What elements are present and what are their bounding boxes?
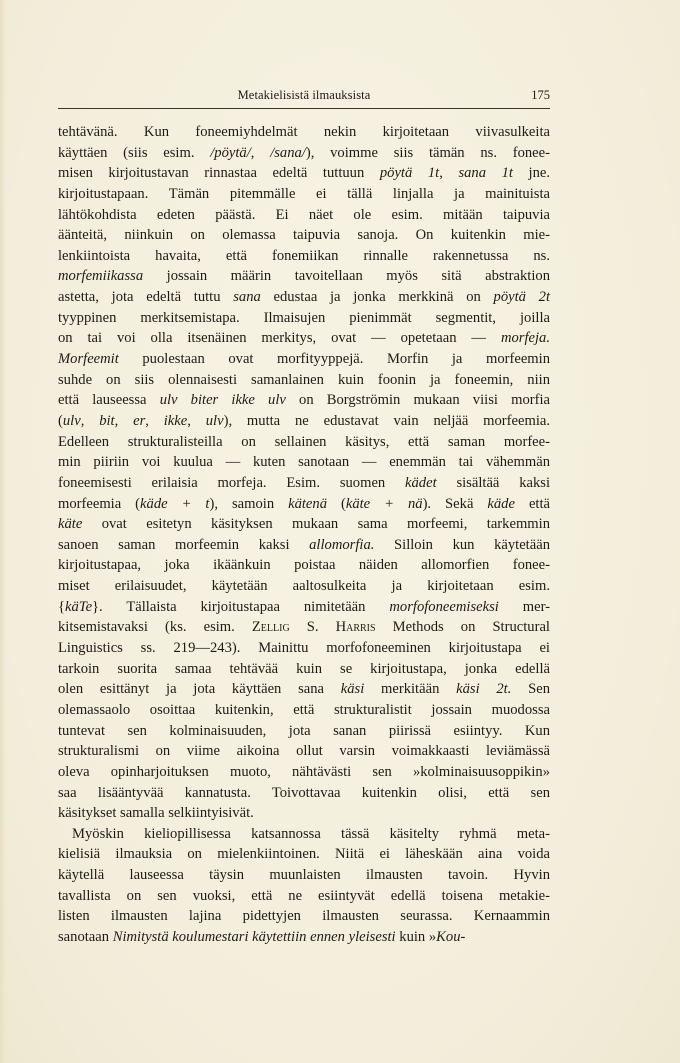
text-run: tuntevat sen kolminaisuuden, jota sanan … bbox=[58, 723, 550, 739]
text-run: jossain määrin tavoitellaan myös sitä ab… bbox=[143, 268, 550, 284]
text-run: on tai voi olla itsenäinen merkitys, ova… bbox=[58, 330, 501, 346]
text-run: että bbox=[515, 496, 550, 512]
text-line: on tai voi olla itsenäinen merkitys, ova… bbox=[58, 328, 550, 349]
text-run: morfeemia ( bbox=[58, 496, 140, 512]
text-run: jne. bbox=[513, 165, 550, 181]
text-run: ), voimme siis tämän ns. fonee- bbox=[306, 145, 550, 161]
text-run: Myöskin kieliopillisessa katsannossa täs… bbox=[72, 826, 550, 842]
italic-term: /sana/ bbox=[270, 145, 306, 161]
italic-term: ulv biter ikke ulv bbox=[160, 392, 286, 408]
text-run: puolestaan ovat morfityyppejä. Morfin ja… bbox=[119, 351, 550, 367]
text-line: Morfeemit puolestaan ovat morfityyppejä.… bbox=[58, 349, 550, 370]
italic-term: käde bbox=[487, 496, 515, 512]
text-line: tavallista on sen vuoksi, että ne esiint… bbox=[58, 886, 550, 907]
text-line: olemassaolo osoittaa kuitenkin, että str… bbox=[58, 700, 550, 721]
text-run: tarkoin suorita samaa tehtävää kuin se k… bbox=[58, 661, 550, 677]
text-run: tyyppinen merkitsemistapa. Ilmaisujen pi… bbox=[58, 310, 550, 326]
italic-term: ulv bbox=[206, 413, 224, 429]
text-run: S. bbox=[290, 619, 336, 635]
text-run: tavallista on sen vuoksi, että ne esiint… bbox=[58, 888, 550, 904]
italic-term: er bbox=[133, 413, 145, 429]
italic-term: sana 1t bbox=[458, 165, 513, 181]
text-line: miset erilaisuudet, käytetään aaltosulke… bbox=[58, 576, 550, 597]
text-run: lähtökohdista edeten päästä. Ei näet ole… bbox=[58, 207, 550, 223]
italic-term: allomorfia. bbox=[309, 537, 374, 553]
text-run: mer- bbox=[499, 599, 550, 615]
text-line: saa lisääntyvää kannatusta. Toivottavaa … bbox=[58, 783, 550, 804]
text-run: saa lisääntyvää kannatusta. Toivottavaa … bbox=[58, 785, 550, 801]
text-run: sisältää kaksi bbox=[437, 475, 550, 491]
text-line: äänteitä, niinkuin on olemassa taipuvia … bbox=[58, 225, 550, 246]
text-run: käyttäen (siis esim. bbox=[58, 145, 210, 161]
text-line: käyttäen (siis esim. /pöytä/, /sana/), v… bbox=[58, 143, 550, 164]
text-run: , bbox=[251, 145, 270, 161]
text-run: Sen bbox=[511, 681, 550, 697]
text-line: tehtävänä. Kun foneemiyhdelmät nekin kir… bbox=[58, 122, 550, 143]
text-run: edustaa ja jonka merkkinä on bbox=[261, 289, 494, 305]
text-run: sanoen saman morfeemin kaksi bbox=[58, 537, 309, 553]
text-run: olemassaolo osoittaa kuitenkin, että str… bbox=[58, 702, 550, 718]
italic-term: morfofoneemiseksi bbox=[389, 599, 498, 615]
text-run: ). Sekä bbox=[423, 496, 488, 512]
italic-term: Nimitystä koulumestari käytettiin ennen … bbox=[113, 929, 396, 945]
text-run: ), samoin bbox=[209, 496, 288, 512]
text-run: foneemisesti erilaisia morfeja. Esim. su… bbox=[58, 475, 405, 491]
text-run: sanotaan bbox=[58, 929, 113, 945]
text-run: kirjoitustapaa, joka ikäänkuin poistaa n… bbox=[58, 557, 550, 573]
text-run: että lauseessa bbox=[58, 392, 160, 408]
small-caps-name: Harris bbox=[336, 619, 376, 635]
running-title: Metakielisistä ilmauksista bbox=[58, 88, 550, 103]
italic-term: kätenä bbox=[288, 496, 327, 512]
text-line: lenkiintoista havaita, että fonemiikan r… bbox=[58, 246, 550, 267]
italic-term: pöytä 1t bbox=[380, 165, 439, 181]
page-number: 175 bbox=[531, 88, 550, 103]
text-line: (ulv, bit, er, ikke, ulv), mutta ne edus… bbox=[58, 411, 550, 432]
text-line: Myöskin kieliopillisessa katsannossa täs… bbox=[58, 824, 550, 845]
text-run: , bbox=[187, 413, 205, 429]
text-run: oleva opinharjoituksen muoto, nähtävästi… bbox=[58, 764, 550, 780]
text-run: kielisiä ilmauksia on mielenkiintoinen. … bbox=[58, 846, 550, 862]
text-line: sanotaan Nimitystä koulumestari käytetti… bbox=[58, 927, 550, 948]
italic-term: bit bbox=[99, 413, 114, 429]
text-run: strukturalismi on viime aikoina ollut va… bbox=[58, 743, 550, 759]
italic-term: /pöytä/ bbox=[210, 145, 251, 161]
text-run: ), mutta ne edustavat vain neljää morfee… bbox=[224, 413, 550, 429]
text-line: suhde on siis olennaisesti samanlainen k… bbox=[58, 370, 550, 391]
text-line: Linguistics ss. 219—243). Mainittu morfo… bbox=[58, 638, 550, 659]
text-run: miset erilaisuudet, käytetään aaltosulke… bbox=[58, 578, 550, 594]
text-line: min piiriin voi kuulua — kuten sanotaan … bbox=[58, 452, 550, 473]
text-line: sanoen saman morfeemin kaksi allomorfia.… bbox=[58, 535, 550, 556]
text-run: listen ilmausten lajina pidettyjen ilmau… bbox=[58, 908, 550, 924]
text-run: tehtävänä. Kun foneemiyhdelmät nekin kir… bbox=[58, 124, 550, 140]
text-line: astetta, jota edeltä tuttu sana edustaa … bbox=[58, 287, 550, 308]
text-run: merkitään bbox=[364, 681, 456, 697]
italic-term: käde + t bbox=[140, 496, 209, 512]
text-run: , bbox=[439, 165, 458, 181]
text-line: misen kirjoitustavan rinnastaa edeltä tu… bbox=[58, 163, 550, 184]
text-run: Silloin kun käytetään bbox=[374, 537, 550, 553]
page-edge-shadow bbox=[0, 0, 6, 1063]
text-line: tuntevat sen kolminaisuuden, jota sanan … bbox=[58, 721, 550, 742]
text-line: strukturalismi on viime aikoina ollut va… bbox=[58, 741, 550, 762]
italic-term: ulv bbox=[63, 413, 81, 429]
text-line: {käTe}. Tällaista kirjoitustapaa nimitet… bbox=[58, 597, 550, 618]
italic-term: sana bbox=[233, 289, 261, 305]
italic-term: käTe bbox=[65, 599, 92, 615]
text-line: että lauseessa ulv biter ikke ulv on Bor… bbox=[58, 390, 550, 411]
text-run: , bbox=[81, 413, 99, 429]
italic-term: käsi bbox=[341, 681, 365, 697]
text-line: käsitykset samalla selkiintyisivät. bbox=[58, 803, 550, 824]
text-run: min piiriin voi kuulua — kuten sanotaan … bbox=[58, 454, 550, 470]
text-run: käytellä lauseessa täysin muunlaisten il… bbox=[58, 867, 550, 883]
text-run: ovat esitetyn käsityksen mukaan sama mor… bbox=[82, 516, 550, 532]
text-run: { bbox=[58, 599, 65, 615]
text-line: listen ilmausten lajina pidettyjen ilmau… bbox=[58, 906, 550, 927]
book-page: Metakielisistä ilmauksista 175 tehtävänä… bbox=[0, 0, 680, 1063]
italic-term: morfeja. bbox=[501, 330, 550, 346]
header-rule bbox=[58, 108, 550, 109]
small-caps-name: Zellig bbox=[252, 619, 290, 635]
text-run: olen esittänyt ja jota käyttäen sana bbox=[58, 681, 341, 697]
italic-term: pöytä 2t bbox=[494, 289, 550, 305]
text-run: kirjoitustapaan. Tämän pitemmälle ei täl… bbox=[58, 186, 550, 202]
text-run: Methods on Structural bbox=[376, 619, 550, 635]
running-header: Metakielisistä ilmauksista 175 bbox=[58, 86, 550, 106]
italic-term: morfemiikassa bbox=[58, 268, 143, 284]
body-text: tehtävänä. Kun foneemiyhdelmät nekin kir… bbox=[58, 122, 550, 948]
text-line: tyyppinen merkitsemistapa. Ilmaisujen pi… bbox=[58, 308, 550, 329]
text-line: olen esittänyt ja jota käyttäen sana käs… bbox=[58, 679, 550, 700]
text-line: tarkoin suorita samaa tehtävää kuin se k… bbox=[58, 659, 550, 680]
text-run: , bbox=[145, 413, 163, 429]
text-run: astetta, jota edeltä tuttu bbox=[58, 289, 233, 305]
text-run: käsitykset samalla selkiintyisivät. bbox=[58, 805, 254, 821]
text-line: foneemisesti erilaisia morfeja. Esim. su… bbox=[58, 473, 550, 494]
text-run: lenkiintoista havaita, että fonemiikan r… bbox=[58, 248, 550, 264]
text-line: kirjoitustapaa, joka ikäänkuin poistaa n… bbox=[58, 555, 550, 576]
text-run: Linguistics ss. 219—243). Mainittu morfo… bbox=[58, 640, 550, 656]
text-line: kitsemistavaksi (ks. esim. Zellig S. Har… bbox=[58, 617, 550, 638]
text-run: Edelleen strukturalisteilla on sellainen… bbox=[58, 434, 550, 450]
text-run: }. Tällaista kirjoitustapaa nimitetään bbox=[92, 599, 389, 615]
text-line: morfemiikassa jossain määrin tavoitellaa… bbox=[58, 266, 550, 287]
text-run: on Borgströmin mukaan viisi morfia bbox=[286, 392, 550, 408]
text-run: kuin » bbox=[396, 929, 437, 945]
text-run: misen kirjoitustavan rinnastaa edeltä tu… bbox=[58, 165, 380, 181]
text-line: morfeemia (käde + t), samoin kätenä (kät… bbox=[58, 494, 550, 515]
text-line: käytellä lauseessa täysin muunlaisten il… bbox=[58, 865, 550, 886]
italic-term: käsi 2t. bbox=[456, 681, 511, 697]
italic-term: käte bbox=[58, 516, 82, 532]
text-line: käte ovat esitetyn käsityksen mukaan sam… bbox=[58, 514, 550, 535]
italic-term: Kou- bbox=[436, 929, 465, 945]
text-run: , bbox=[115, 413, 133, 429]
text-run: kitsemistavaksi (ks. esim. bbox=[58, 619, 252, 635]
italic-term: Morfeemit bbox=[58, 351, 119, 367]
text-run: suhde on siis olennaisesti samanlainen k… bbox=[58, 372, 550, 388]
text-line: oleva opinharjoituksen muoto, nähtävästi… bbox=[58, 762, 550, 783]
text-line: kirjoitustapaan. Tämän pitemmälle ei täl… bbox=[58, 184, 550, 205]
text-line: kielisiä ilmauksia on mielenkiintoinen. … bbox=[58, 844, 550, 865]
text-run: äänteitä, niinkuin on olemassa taipuvia … bbox=[58, 227, 550, 243]
italic-term: kädet bbox=[405, 475, 437, 491]
text-line: Edelleen strukturalisteilla on sellainen… bbox=[58, 432, 550, 453]
text-run: ( bbox=[327, 496, 346, 512]
italic-term: ikke bbox=[164, 413, 188, 429]
italic-term: käte + nä bbox=[346, 496, 423, 512]
text-line: lähtökohdista edeten päästä. Ei näet ole… bbox=[58, 205, 550, 226]
